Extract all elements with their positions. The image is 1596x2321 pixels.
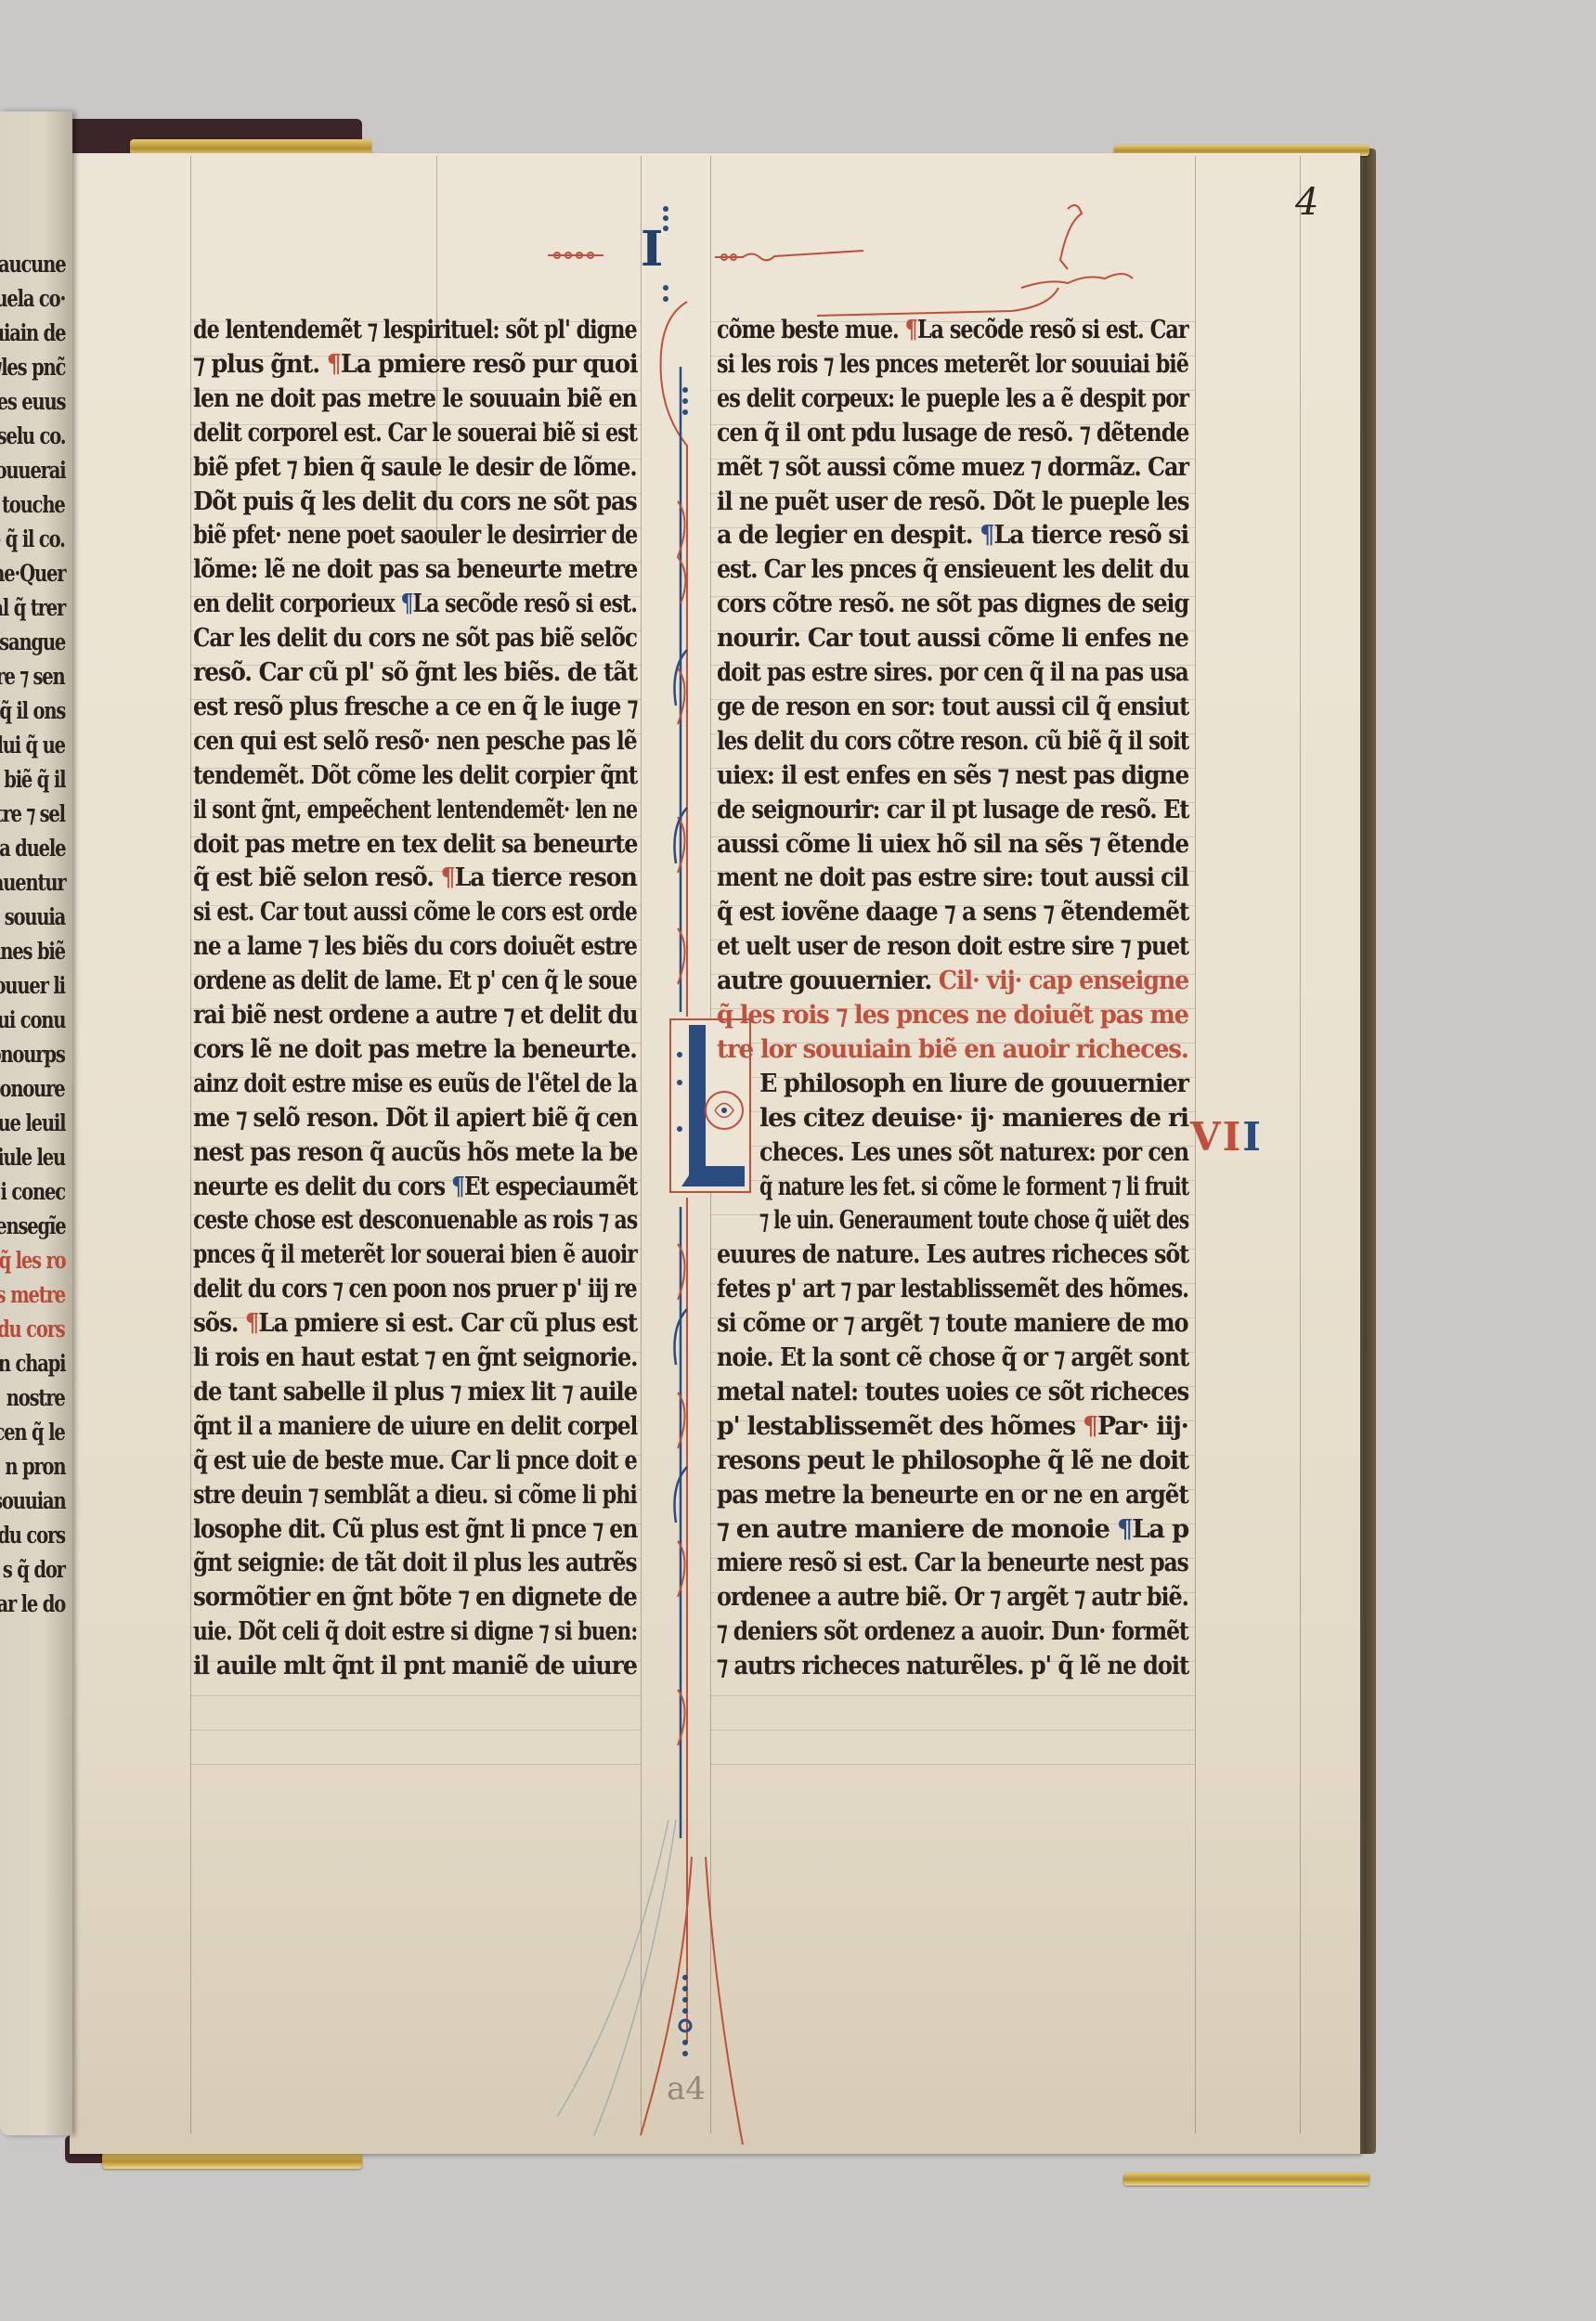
facing-page-line: as metre (0, 1281, 65, 1308)
facing-page-line: bnẽ souuia (0, 903, 65, 930)
ruling-line (190, 1730, 641, 1731)
text-line: metal natel: toutes uoies ce sõt richece… (717, 1378, 1188, 1407)
facing-page-line: souuian (0, 1487, 65, 1514)
text-line: en delit corporieux ¶La secõde resõ si e… (193, 590, 637, 618)
text-line: cõme beste mue. ¶La secõde resõ si est. … (717, 316, 1188, 344)
text-line: ⁊ autrs richeces naturẽles. p' q̃ lẽ ne … (717, 1652, 1188, 1680)
text-line: E philosoph en liure de gouuernier (759, 1070, 1188, 1098)
facing-page-line: cture ⁊ sen (0, 663, 65, 690)
text-line: biẽ pfet· nene poet saouler le desirrier… (193, 521, 637, 550)
paragraph-mark: ¶ (441, 863, 455, 892)
facing-page-line: e celui q̃ ue (0, 732, 65, 759)
paragraph-mark: ¶ (980, 521, 993, 550)
text-line: tendemẽt. Dõt cõme les delit corpier q̃n… (193, 761, 637, 790)
text-line: ne a lame ⁊ les biẽs du cors doiuẽt estr… (193, 932, 637, 961)
rubric-text: Cil· vij· cap enseigne (931, 966, 1188, 995)
text-line: Dõt puis q̃ les delit du cors ne sõt pas (193, 487, 637, 516)
ruling-margin-right (1300, 156, 1301, 2133)
text-line: ⁊ plus g̃nt. ¶La pmiere resõ pur quoi (193, 350, 637, 379)
facing-page-line: ne·Quer (0, 560, 65, 587)
text-line: q̃ les rois ⁊ les pnces ne doiuẽt pas me (717, 1001, 1188, 1030)
text-line: noie. Et la sont cẽ chose q̃ or ⁊ argẽt … (717, 1343, 1188, 1372)
folio-number: 4 (1295, 181, 1318, 224)
text-line: mẽt ⁊ sõt aussi cõme muez ⁊ dormãz. Car (717, 453, 1188, 482)
text-line: cors lẽ ne doit pas metre la beneurte. (193, 1035, 637, 1064)
text-line: g̃nt seignie: de tãt doit il plus les au… (193, 1549, 637, 1577)
facing-page-line: quela co· (0, 285, 65, 312)
text-line: nourir. Car tout aussi cõme li enfes ne (717, 624, 1188, 653)
paragraph-mark: ¶ (327, 350, 341, 379)
facing-page-line: ẽ du cors (0, 1316, 65, 1342)
text-line: nest pas reson q̃ aucũs hõs mete la be (193, 1138, 637, 1167)
text-line: delit du cors ⁊ cen poon nos pruer p' ii… (193, 1275, 637, 1303)
text-line: pnces q̃ il meterẽt lor souerai bien ẽ a… (193, 1240, 637, 1269)
text-line: ⁊ en autre maniere de monoie ¶La p (717, 1515, 1188, 1544)
text-line: il auile mlt q̃nt il pnt maniẽ de uiure (193, 1652, 637, 1680)
facing-page-line: uuiain de (0, 319, 65, 346)
text-line: cen q̃ il ont pdu lusage de resõ. ⁊ dẽte… (717, 419, 1188, 447)
text-line: ment ne doit pas estre sire: tout aussi … (717, 863, 1188, 892)
text-line: fetes p' art ⁊ par lestablissemẽt des hõ… (717, 1275, 1188, 1303)
text-line: me ⁊ selõ reson. Dõt il apiert biẽ q̃ ce… (193, 1104, 637, 1133)
paragraph-mark: ¶ (1083, 1412, 1097, 1441)
text-line: Car les delit du cors ne sõt pas biẽ sel… (193, 624, 637, 653)
paragraph-mark: ¶ (1117, 1515, 1132, 1544)
text-line: aussi cõme li uiex hõ sil na sẽs ⁊ ẽtend… (717, 830, 1188, 859)
text-line: il sont g̃nt, empeẽchent lentendemẽt· le… (193, 796, 637, 824)
text-line: autre gouuernier. Cil· vij· cap enseigne (717, 966, 1188, 995)
text-line: cen qui est selõ resõ· nen pesche pas lẽ (193, 727, 637, 756)
text-line: si est. Car tout aussi cõme le cors est … (193, 898, 637, 927)
text-line: ge de reson en sor: tout aussi cil q̃ en… (717, 693, 1188, 721)
facing-page-line: ain biẽ q̃ il (0, 766, 65, 793)
text-line: li rois en haut estat ⁊ en g̃nt seignori… (193, 1343, 637, 1372)
text-line: les citez deuise· ij· manieres de ri (759, 1104, 1188, 1133)
text-line: resõ. Car cũ pl' sõ g̃nt les biẽs. de tã… (193, 658, 637, 687)
facing-page-line: cen q̃ le (0, 1419, 65, 1446)
text-line: de seignourir: car il pt lusage de resõ.… (717, 796, 1188, 824)
facing-page-line: ue leuil (0, 1109, 65, 1136)
facing-page-line: ꝗ aucune (0, 251, 65, 278)
text-line: len ne doit pas metre le souuain biẽ en (193, 384, 637, 413)
text-line: et uelt user de reson doit estre sire ⁊ … (717, 932, 1188, 961)
text-line: stre deuin ⁊ semblãt a dieu. si cõme li … (193, 1481, 637, 1510)
text-line: q̃ est uie de beste mue. Car li pnce doi… (193, 1446, 637, 1475)
paragraph-mark: ¶ (451, 1173, 464, 1201)
ruling-left-outer (190, 156, 191, 2133)
gilt-clasp-bottom-left (102, 2152, 362, 2169)
text-line: si cõme or ⁊ argẽt ⁊ toute maniere de mo (717, 1309, 1188, 1338)
facing-page-line: i qui conu (0, 1006, 65, 1033)
text-line: sõs. ¶La pmiere si est. Car cũ plus est (193, 1309, 637, 1338)
facing-page-line: i conec (1, 1178, 65, 1205)
facing-page-line: nostre ⁊ sel (0, 800, 65, 827)
paragraph-mark: ¶ (245, 1309, 259, 1338)
text-line: est resõ plus fresche a ce en q̃ le iuge… (193, 693, 637, 721)
paragraph-mark: ¶ (905, 316, 917, 344)
text-line: p' lestablissemẽt des hõmes ¶Par· iij· (717, 1412, 1188, 1441)
paragraph-mark: ¶ (400, 590, 412, 618)
facing-page-line: uẽt q̃ il ons (0, 697, 65, 724)
text-line: doit pas estre sires. por cen q̃ il na p… (717, 658, 1188, 687)
facing-page-line: s ⁊les pnc̃ (0, 354, 65, 381)
ruling-col1-right (641, 156, 642, 2133)
facing-page-line: maines biẽ (0, 938, 65, 965)
text-line: est. Car les pnces q̃ ensieuent les deli… (717, 555, 1188, 584)
ruling-line (710, 1730, 1195, 1731)
ruling-line (710, 1764, 1195, 1765)
quire-signature: a4 (667, 2070, 706, 2107)
text-line: losophe dit. Cũ plus est g̃nt li pnce ⁊ … (193, 1515, 637, 1544)
text-line: q̃ nature les fet. si cõme le forment ⁊ … (759, 1173, 1188, 1201)
facing-page-line: ensegĩe (0, 1212, 65, 1239)
ruling-line (190, 1695, 641, 1696)
facing-page-line: ouuer li (0, 972, 65, 999)
facing-page-line: eue q̃ il co. (0, 525, 65, 552)
facing-page-line: a duele (0, 835, 65, 862)
text-line: delit corporel est. Car le souerai biẽ s… (193, 419, 637, 447)
text-line: uie. Dõt celi q̃ doit estre si digne ⁊ s… (193, 1617, 637, 1646)
text-line: de lentendemẽt ⁊ lespirituel: sõt pl' di… (193, 316, 637, 344)
text-line: sormõtier en g̃nt bõte ⁊ en dignete de (193, 1583, 637, 1612)
facing-page-line: ur le sangue (0, 629, 65, 655)
text-line: ordene as delit de lame. Et p' cen q̃ le… (193, 966, 637, 995)
text-line: ordenee a autre biẽ. Or ⁊ argẽt ⁊ autr b… (717, 1583, 1188, 1612)
text-line: miere resõ si est. Car la beneurte nest … (717, 1549, 1188, 1577)
ruling-line (190, 1764, 641, 1765)
facing-page-line: nostre (6, 1384, 65, 1411)
facing-page-line: q̃ al q̃ trer (0, 594, 65, 621)
facing-page-line: en chapi (0, 1350, 65, 1377)
text-line: lõme: lẽ ne doit pas sa beneurte metre (193, 555, 637, 584)
fore-edge (1357, 149, 1376, 2154)
facing-page: ꝗ aucunequela co·uuiain des ⁊les pnc̃one… (0, 111, 72, 2135)
text-line: q̃ est iovẽne daage ⁊ a sens ⁊ ẽtendemẽt (717, 898, 1188, 927)
facing-page-line: s q̃ dor (3, 1556, 65, 1583)
facing-page-line: ir du cors (0, 1522, 65, 1549)
facing-page-line: conourps (0, 1041, 65, 1068)
facing-page-line: onselu co. (0, 422, 65, 449)
text-line: q̃ est biẽ selon resõ. ¶La tierce reson (193, 863, 637, 892)
facing-page-line: e souuerai (0, 457, 65, 484)
facing-page-line: e auentur (0, 869, 65, 896)
facing-page-line: n touche (0, 491, 65, 518)
facing-page-line: n pron (5, 1453, 65, 1480)
running-head-letter: I (641, 221, 663, 278)
text-line: checes. Les unes sõt naturex: por cen (759, 1138, 1188, 1167)
text-line: q̃nt il a maniere de uiure en delit corp… (193, 1412, 637, 1441)
gilt-clasp-bottom-right (1123, 2172, 1369, 2185)
text-line: ceste chose est desconuenable as rois ⁊ … (193, 1206, 637, 1235)
text-line: il ne puẽt user de resõ. Dõt le pueple l… (717, 487, 1188, 516)
ruling-line (710, 1695, 1195, 1696)
text-line: tre lor souuiain biẽ en auoir richeces. (717, 1035, 1188, 1064)
facing-page-line: ne q̃ les ro (0, 1247, 65, 1274)
facing-page-line: ones euus (0, 388, 65, 415)
chapter-number-margin: VII (1190, 1114, 1263, 1160)
text-line: rai biẽ nest ordene a autre ⁊ et delit d… (193, 1001, 637, 1030)
facing-page-line: uiule leu (0, 1144, 65, 1171)
facing-page-line: conoure (0, 1075, 65, 1102)
text-line: ⁊ deniers sõt ordenez a auoir. Dun· form… (717, 1617, 1188, 1646)
text-line: biẽ pfet ⁊ bien q̃ saule le desir de lõm… (193, 453, 637, 482)
text-line: cors cõtre resõ. ne sõt pas dignes de se… (717, 590, 1188, 618)
text-line: neurte es delit du cors ¶Et especiaumẽt (193, 1173, 637, 1201)
text-line: pas metre la beneurte en or ne en argẽt (717, 1481, 1188, 1510)
text-line: de tant sabelle il plus ⁊ miex lit ⁊ aui… (193, 1378, 637, 1407)
text-line: es delit corpeux: le pueple les a ẽ desp… (717, 384, 1188, 413)
text-line: euures de nature. Les autres richeces sõ… (717, 1240, 1188, 1269)
text-line: resons peut le philosophe q̃ lẽ ne doit (717, 1446, 1188, 1475)
facing-page-line: car le do (0, 1590, 65, 1617)
text-line: uiex: il est enfes en sẽs ⁊ nest pas dig… (717, 761, 1188, 790)
text-line: a de legier en despit. ¶La tierce resõ s… (717, 521, 1188, 550)
text-line: si les rois ⁊ les pnces meterẽt lor souu… (717, 350, 1188, 379)
text-line: ainz doit estre mise es euũs de l'ẽtel d… (193, 1070, 637, 1098)
text-line: ⁊ le uin. Generaument toute chose q̃ uiẽ… (759, 1206, 1188, 1235)
text-line: les delit du cors cõtre reson. cũ biẽ q̃… (717, 727, 1188, 756)
text-line: doit pas metre en tex delit sa beneurte (193, 830, 637, 859)
